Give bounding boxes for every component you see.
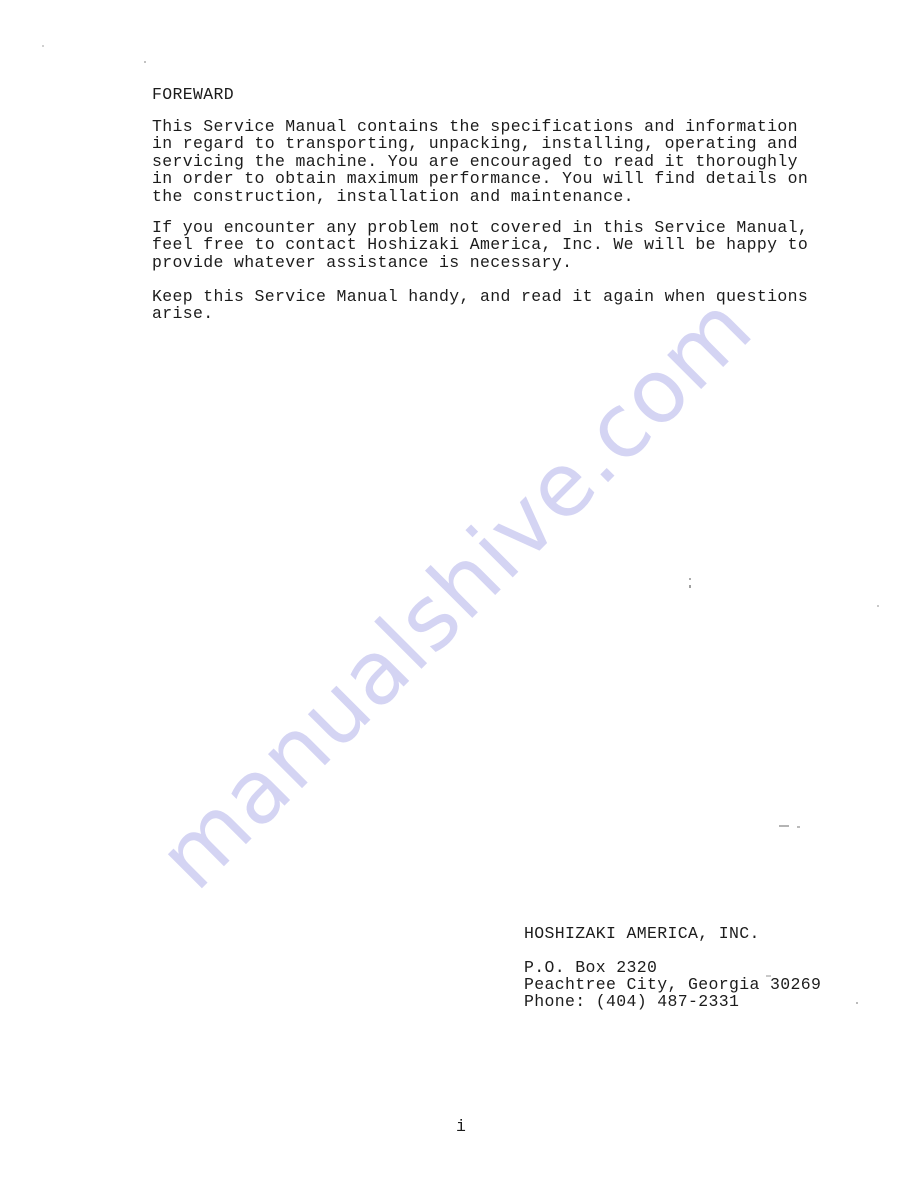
- paragraph-keep-handy: Keep this Service Manual handy, and read…: [152, 288, 808, 323]
- page-number: i: [456, 1118, 466, 1135]
- scan-speck: [689, 585, 691, 588]
- scanned-manual-page: manualshive.com FOREWARD This Service Ma…: [0, 0, 918, 1188]
- company-name: HOSHIZAKI AMERICA, INC.: [524, 925, 760, 942]
- paragraph-intro: This Service Manual contains the specifi…: [152, 118, 808, 205]
- company-address-line-3: Phone: (404) 487-2331: [524, 993, 739, 1010]
- scan-speck: [42, 45, 44, 47]
- scan-speck: [144, 61, 146, 63]
- company-address-line-1: P.O. Box 2320: [524, 959, 657, 976]
- page-heading: FOREWARD: [152, 86, 234, 103]
- scan-speck: [689, 578, 691, 580]
- paragraph-contact-note: If you encounter any problem not covered…: [152, 219, 808, 271]
- scan-speck: [856, 1002, 858, 1004]
- scan-speck: [877, 605, 879, 607]
- scan-speck: [797, 826, 800, 828]
- company-address-line-2: Peachtree City, Georgia 30269: [524, 976, 821, 993]
- watermark: manualshive.com: [138, 275, 771, 908]
- scan-speck: [779, 825, 789, 827]
